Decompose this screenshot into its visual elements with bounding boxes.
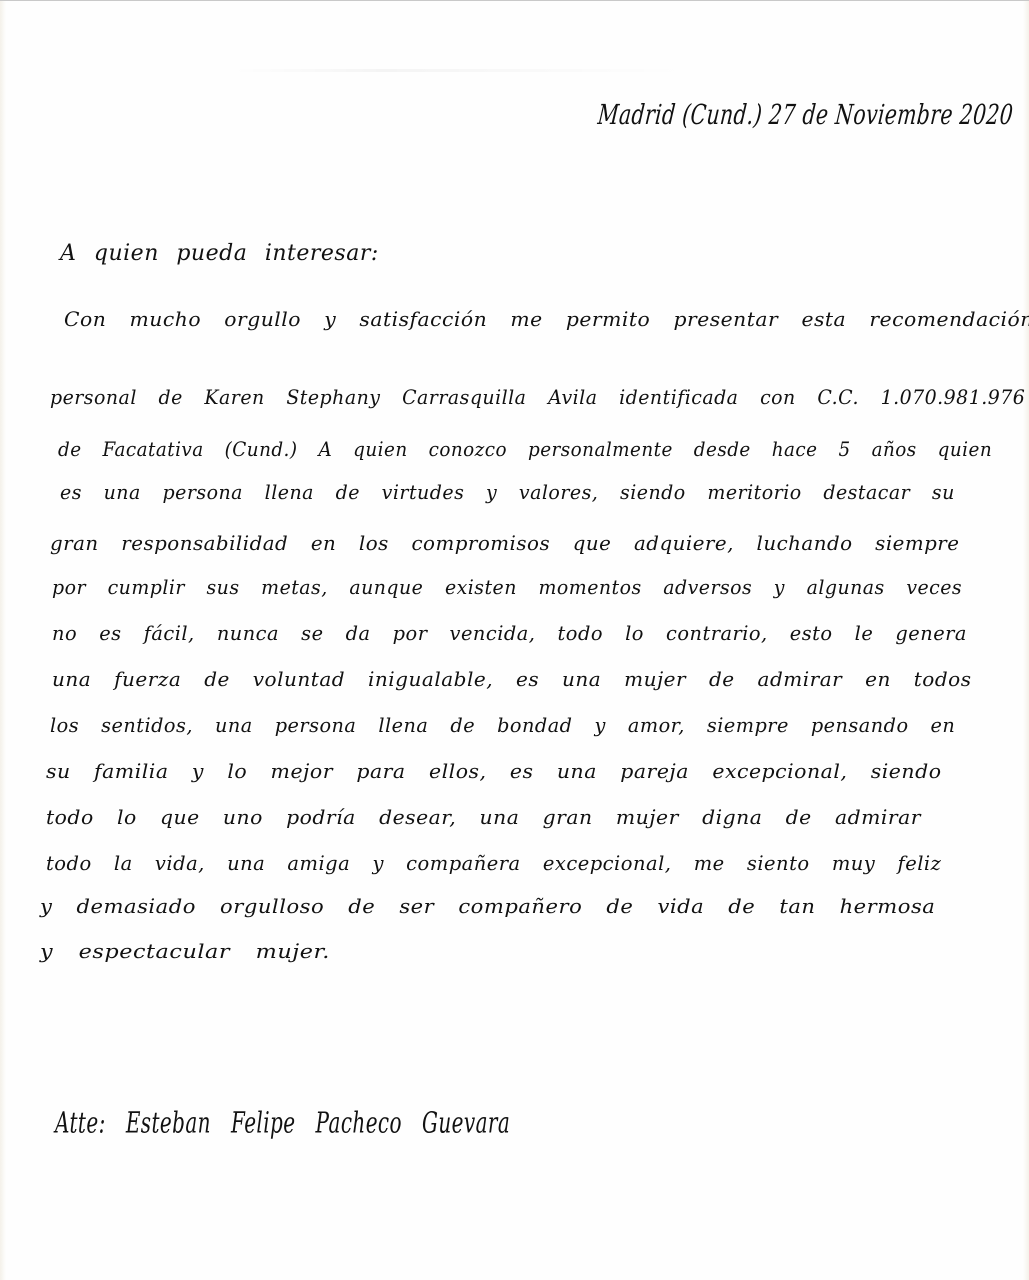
body-line: los sentidos, una persona llena de bonda… xyxy=(50,713,955,737)
paper-edge-right xyxy=(1023,1,1029,1280)
body-line: todo la vida, una amiga y compañera exce… xyxy=(46,851,941,875)
paper-edge-left xyxy=(0,1,6,1280)
body-line: personal de Karen Stephany Carrasquilla … xyxy=(50,385,1025,409)
letter-page: Madrid (Cund.) 27 de Noviembre 2020 A qu… xyxy=(0,0,1029,1280)
body-line: por cumplir sus metas, aunque existen mo… xyxy=(52,575,962,599)
body-line: de Facatativa (Cund.) A quien conozco pe… xyxy=(58,437,992,461)
body-line: su familia y lo mejor para ellos, es una… xyxy=(46,759,942,783)
body-line: todo lo que uno podría desear, una gran … xyxy=(46,805,921,829)
salutation: A quien pueda interesar: xyxy=(60,241,379,266)
body-line: es una persona llena de virtudes y valor… xyxy=(60,480,955,504)
body-line: una fuerza de voluntad inigualable, es u… xyxy=(52,667,971,691)
body-line: y demasiado orgulloso de ser compañero d… xyxy=(40,894,935,918)
body-line: Con mucho orgullo y satisfacción me perm… xyxy=(64,307,1029,331)
body-line: gran responsabilidad en los compromisos … xyxy=(50,531,959,555)
signature: Atte: Esteban Felipe Pacheco Guevara xyxy=(55,1106,510,1140)
date-line: Madrid (Cund.) 27 de Noviembre 2020 xyxy=(597,99,1015,131)
body-line: y espectacular mujer. xyxy=(40,939,330,963)
paper-bleed-through xyxy=(230,69,690,72)
body-line: no es fácil, nunca se da por vencida, to… xyxy=(52,621,967,645)
